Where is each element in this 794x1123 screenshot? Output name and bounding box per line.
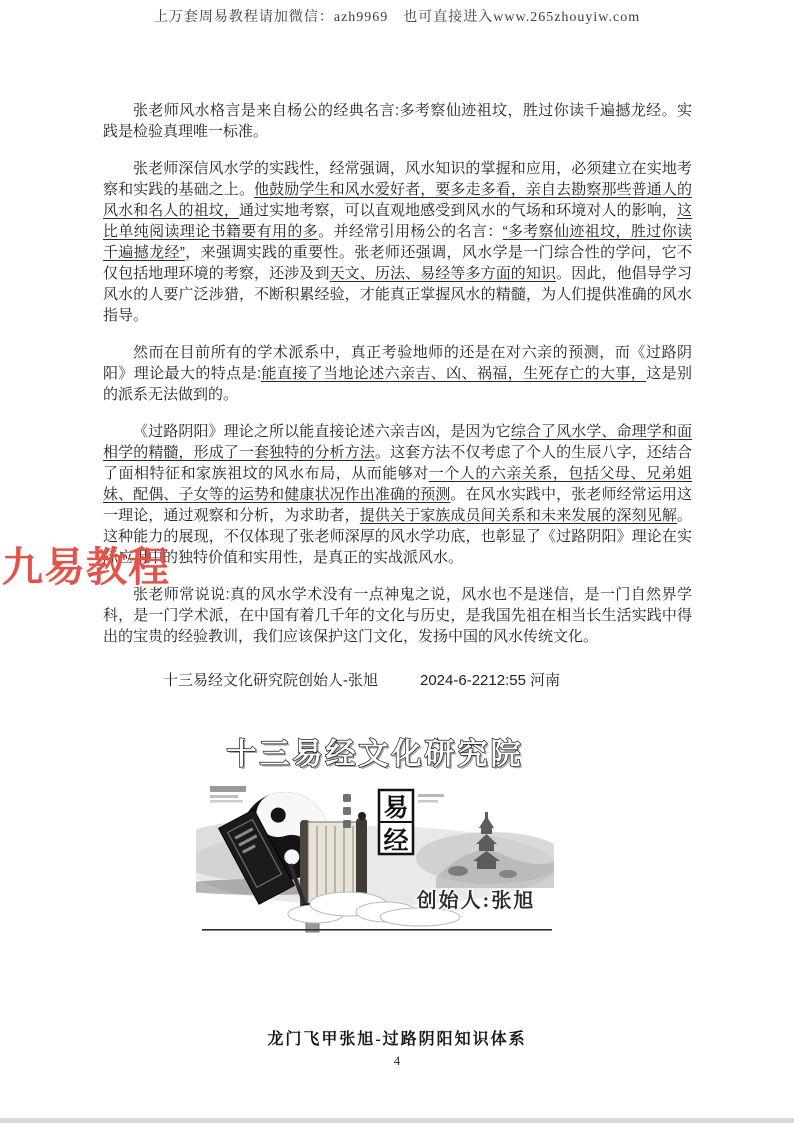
promo-header-text: 上万套周易教程请加微信：azh9969 也可直接进入www.265zhouyiw… — [0, 6, 794, 26]
page-number: 4 — [0, 1053, 794, 1069]
paragraph: 张老师深信风水学的实践性，经常强调，风水知识的掌握和应用，必须建立在实地考察和实… — [103, 158, 692, 326]
document-page: 上万套周易教程请加微信：azh9969 也可直接进入www.265zhouyiw… — [0, 0, 794, 1123]
body-text: 《过路阴阳》理论之所以能直接论述六亲吉凶，是因为它 — [133, 423, 511, 440]
banner-bottom-line — [202, 929, 552, 931]
paragraph: 张老师常说说:真的风水学术没有一点神鬼之说，风水也不是迷信，是一门自然界学科，是… — [103, 584, 692, 647]
vertical-calligraphy-marks — [343, 794, 351, 828]
yi-character: 易 — [383, 794, 408, 822]
banner-image: 十三易经文化研究院 十三易经文化研究院 — [196, 716, 554, 934]
body-text: 。并经常引用杨公的名言： — [318, 223, 502, 240]
paragraph: 然而在目前所有的学术派系中，真正考验地师的还是在对六亲的预测，而《过路阴阳》理论… — [103, 342, 692, 405]
banner-caption: 创始人:张旭 — [416, 888, 536, 912]
underlined-text: 提供关于家族成员间关系和未来发展的深刻见解 — [360, 507, 677, 524]
footer-title: 龙门飞甲张旭-过路阴阳知识体系 — [0, 1026, 794, 1049]
body-text: 张老师风水格言是来自杨公的经典名言:多考察仙迹祖坟，胜过你读千遍撼龙经。实践是检… — [103, 102, 692, 140]
banner-title: 十三易经文化研究院 — [227, 737, 524, 771]
paragraph: 张老师风水格言是来自杨公的经典名言:多考察仙迹祖坟，胜过你读千遍撼龙经。实践是检… — [103, 100, 692, 142]
watermark: 九易教程 — [2, 534, 170, 593]
underlined-text: 能直接了当地论述六亲吉、凶、祸福，生死存亡的大事， — [261, 365, 646, 382]
signature-author: 十三易经文化研究院创始人-张旭 — [163, 670, 378, 691]
publisher-logo-mark — [210, 786, 246, 803]
signature-datetime: 2024-6-2212:55 河南 — [420, 670, 560, 691]
body-text: 通过实地考察，可以直观地感受到风水的气场和环境对人的影响， — [239, 202, 677, 219]
page-edge-strip — [0, 1118, 794, 1123]
jing-character: 经 — [383, 827, 408, 855]
underlined-text: 天文、历法、易经等多方面的知识 — [330, 265, 557, 282]
paragraph: 《过路阴阳》理论之所以能直接论述六亲吉凶，是因为它综合了风水学、命理学和面相学的… — [103, 421, 692, 568]
document-body: 张老师风水格言是来自杨公的经典名言:多考察仙迹祖坟，胜过你读千遍撼龙经。实践是检… — [103, 100, 692, 663]
body-text: 张老师常说说:真的风水学术没有一点神鬼之说，风水也不是迷信，是一门自然界学科，是… — [103, 586, 692, 645]
signature-row: 十三易经文化研究院创始人-张旭 2024-6-2212:55 河南 — [103, 664, 692, 691]
